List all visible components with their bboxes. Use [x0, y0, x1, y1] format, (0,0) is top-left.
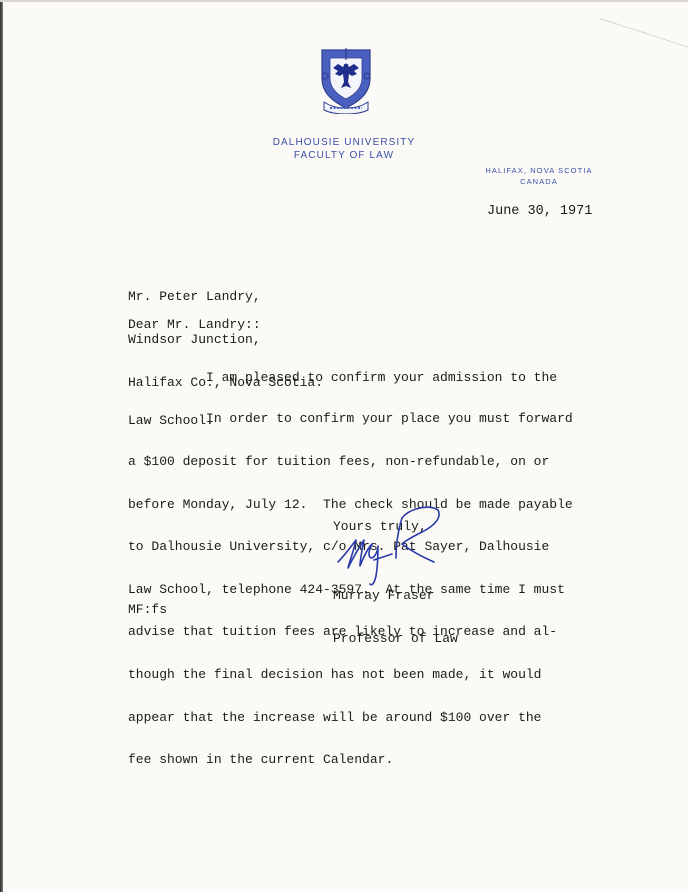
faculty-name: FACULTY OF LAW: [270, 150, 418, 161]
handwritten-signature-icon: [334, 500, 446, 590]
letterhead-country: CANADA: [480, 177, 598, 186]
scan-edge-top: [0, 0, 688, 2]
letter-date: June 30, 1971: [487, 205, 592, 219]
scan-edge-left: [0, 0, 3, 892]
paragraph-line: In order to confirm your place you must …: [128, 412, 573, 426]
paper-crease: [600, 18, 688, 50]
university-name: DALHOUSIE UNIVERSITY: [270, 137, 418, 148]
reference-initials: MF:fs: [128, 603, 167, 617]
salutation: Dear Mr. Landry::: [128, 318, 261, 332]
paragraph-line: a $100 deposit for tuition fees, non-ref…: [128, 455, 573, 469]
paragraph-line: fee shown in the current Calendar.: [128, 753, 573, 767]
signer-title: Professor of Law: [333, 632, 458, 646]
recipient-line: Mr. Peter Landry,: [128, 290, 323, 304]
letterhead-city: HALIFAX, NOVA SCOTIA: [480, 166, 598, 175]
paragraph-line: appear that the increase will be around …: [128, 711, 573, 725]
paragraph-line: though the final decision has not been m…: [128, 668, 573, 682]
dalhousie-crest-icon: [316, 44, 376, 114]
signer-name: Murray Fraser: [333, 589, 458, 603]
